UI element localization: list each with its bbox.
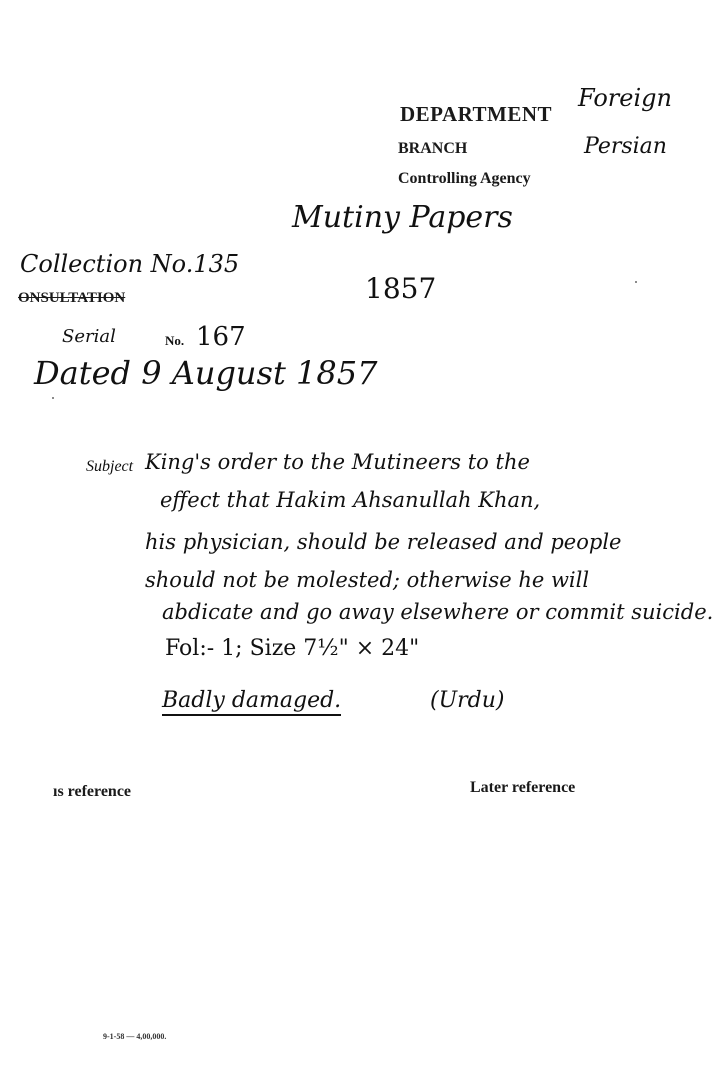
collection-year: 1857 — [365, 272, 436, 305]
subject-line: abdicate and go away elsewhere or commit… — [162, 600, 713, 624]
dated-line: Dated 9 August 1857 — [34, 354, 377, 392]
consultation-label: ONSULTATION — [18, 290, 125, 307]
later-reference-label: Later reference — [470, 779, 575, 797]
folio-size: Fol:- 1; Size 7½" × 24" — [165, 636, 419, 661]
serial-no-label: No. — [165, 333, 184, 349]
language-note: (Urdu) — [430, 688, 504, 713]
scan-speck — [52, 397, 54, 399]
scan-speck — [635, 281, 637, 283]
subject-line: should not be molested; otherwise he wil… — [145, 568, 589, 592]
branch-value: Persian — [584, 134, 667, 159]
previous-reference-label: ıs reference — [53, 783, 131, 801]
serial-number: 167 — [196, 322, 246, 352]
department-label: DEPARTMENT — [400, 102, 552, 127]
condition-note: Badly damaged. — [162, 688, 341, 716]
subject-line: his physician, should be released and pe… — [145, 530, 621, 554]
branch-label: BRANCH — [398, 140, 467, 158]
collection-number: Collection No.135 — [20, 250, 239, 278]
subject-label: Subject — [86, 458, 133, 476]
collection-title: Mutiny Papers — [292, 200, 513, 235]
subject-line: effect that Hakim Ahsanullah Khan, — [160, 488, 540, 512]
controlling-agency-label: Controlling Agency — [398, 170, 531, 188]
subject-line: King's order to the Mutineers to the — [145, 450, 530, 474]
serial-label: Serial — [62, 326, 116, 347]
printer-mark: 9-1-58 — 4,00,000. — [103, 1032, 166, 1041]
department-value: Foreign — [578, 84, 672, 112]
